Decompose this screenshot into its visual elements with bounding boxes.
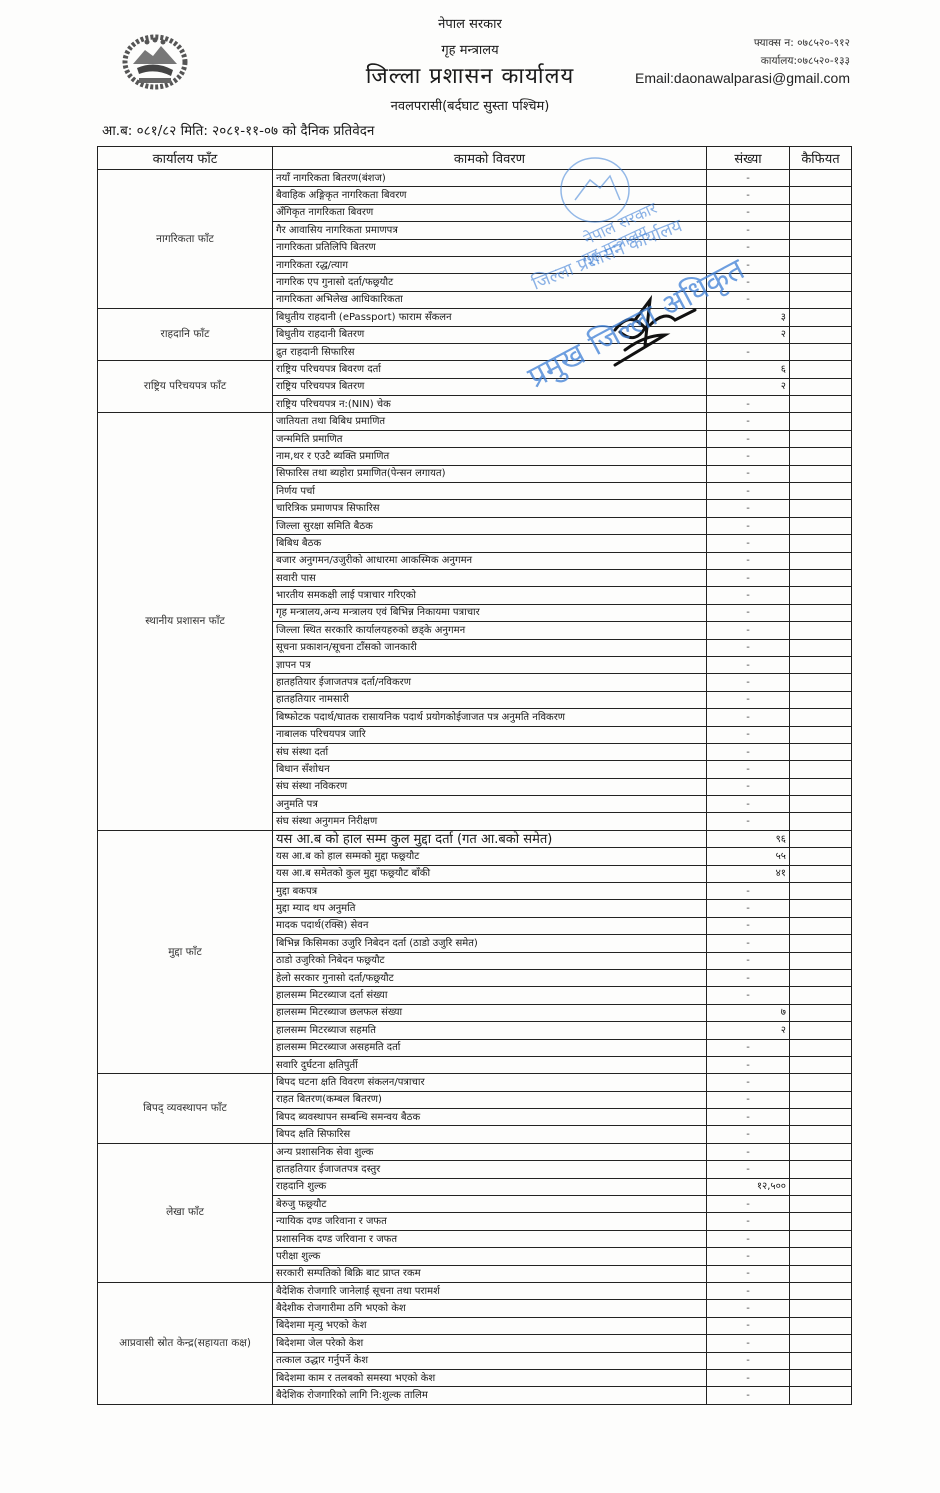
count-value: - (707, 291, 790, 308)
count-value: - (707, 1317, 790, 1334)
report-title: आ.ब: ०८१/८२ मिति: २०८१-११-०७ को दैनिक प्… (102, 121, 374, 139)
work-description: गृह मन्त्रालय,अन्य मन्त्रालय एवं बिभिन्न… (273, 604, 707, 621)
table-row: राहदानि फाँटबिधुतीय राहदानी (ePassport) … (98, 309, 852, 326)
count-value: - (707, 622, 790, 639)
remarks-cell (790, 1039, 852, 1056)
remarks-cell (790, 1178, 852, 1195)
table-row: स्थानीय प्रशासन फाँटजातियता तथा बिबिध प्… (98, 413, 852, 430)
count-value: - (707, 343, 790, 360)
count-value: - (707, 256, 790, 273)
work-description: ठाडो उजुरिको निबेदन फछ्र्यौट (273, 952, 707, 969)
remarks-cell (790, 969, 852, 986)
remarks-cell (790, 587, 852, 604)
work-description: जन्ममिति प्रमाणित (273, 430, 707, 447)
count-value: ६ (707, 361, 790, 378)
count-value: १२,५०० (707, 1178, 790, 1195)
remarks-cell (790, 656, 852, 673)
remarks-cell (790, 865, 852, 882)
work-description: बिदेशमा जेल परेको केश (273, 1335, 707, 1352)
work-description: जातियता तथा बिबिध प्रमाणित (273, 413, 707, 430)
count-value: - (707, 1161, 790, 1178)
count-value: - (707, 1213, 790, 1230)
work-description: राष्ट्रिय परिचयपत्र बितरण (273, 378, 707, 395)
work-description: निर्णय पर्चा (273, 483, 707, 500)
section-name: मुद्दा फाँट (98, 830, 273, 1073)
email-address: Email:daonawalparasi@gmail.com (635, 70, 850, 86)
remarks-cell (790, 396, 852, 413)
work-description: हालसम्म मिटरब्याज दर्ता संख्या (273, 987, 707, 1004)
remarks-cell (790, 1056, 852, 1073)
remarks-cell (790, 256, 852, 273)
work-description: नयाँ नागरिकता बितरण(बंशज) (273, 170, 707, 187)
remarks-cell (790, 1387, 852, 1404)
count-value: - (707, 917, 790, 934)
remarks-cell (790, 743, 852, 760)
government-name: नेपाल सरकार (300, 14, 640, 32)
work-description: द्रुत राहदानी सिफारिस (273, 343, 707, 360)
remarks-cell (790, 430, 852, 447)
remarks-cell (790, 917, 852, 934)
count-value: - (707, 1335, 790, 1352)
count-value: - (707, 465, 790, 482)
count-value: ३ (707, 309, 790, 326)
count-value: - (707, 1300, 790, 1317)
count-value: - (707, 952, 790, 969)
count-value: ९६ (707, 830, 790, 847)
work-description: बिपद घटना क्षति विवरण संकलन/पत्राचार (273, 1074, 707, 1091)
work-description: यस आ.ब को हाल सम्म कुल मुद्दा दर्ता (गत … (273, 830, 707, 847)
remarks-cell (790, 552, 852, 569)
count-value: - (707, 535, 790, 552)
table-row: आप्रवासी स्रोत केन्द्र(सहायता कक्ष)बैदेश… (98, 1283, 852, 1300)
work-description: हालसम्म मिटरब्याज छलफल संख्या (273, 1004, 707, 1021)
work-description: राहदानि शुल्क (273, 1178, 707, 1195)
count-value: - (707, 900, 790, 917)
fax-number: फ्याक्स न: ०७८५२०-९१२ (754, 36, 850, 50)
header-description: कामको विवरण (273, 147, 707, 170)
remarks-cell (790, 935, 852, 952)
remarks-cell (790, 813, 852, 830)
section-name: नागरिकता फाँट (98, 170, 273, 309)
count-value: - (707, 222, 790, 239)
work-description: भारतीय समकक्षी लाई पत्राचार गरिएको (273, 587, 707, 604)
count-value: - (707, 604, 790, 621)
work-description: बैदेशिक रोजगारिको लागि नि:शुल्क तालिम (273, 1387, 707, 1404)
work-description: यस आ.ब समेतको कुल मुद्दा फछ्र्यौट बाँकी (273, 865, 707, 882)
remarks-cell (790, 413, 852, 430)
remarks-cell (790, 1161, 852, 1178)
work-description: ज्ञापन पत्र (273, 656, 707, 673)
work-description: संघ संस्था अनुगमन निरीक्षण (273, 813, 707, 830)
work-description: राष्ट्रिय परिचयपत्र बिवरण दर्ता (273, 361, 707, 378)
count-value: - (707, 1352, 790, 1369)
count-value: - (707, 1265, 790, 1282)
remarks-cell (790, 1091, 852, 1108)
section-name: लेखा फाँट (98, 1143, 273, 1282)
count-value: २ (707, 378, 790, 395)
count-value: २ (707, 1022, 790, 1039)
work-description: बैदेशीक रोजगारीमा ठगि भएको केश (273, 1300, 707, 1317)
remarks-cell (790, 778, 852, 795)
remarks-cell (790, 952, 852, 969)
work-description: संघ संस्था नविकरण (273, 778, 707, 795)
count-value: ७ (707, 1004, 790, 1021)
work-description: गैर आवासिय नागरिकता प्रमाणपत्र (273, 222, 707, 239)
remarks-cell (790, 830, 852, 847)
work-description: जिल्ला स्थित सरकारि कार्यालयहरुको छड्के … (273, 622, 707, 639)
remarks-cell (790, 1143, 852, 1160)
work-description: राष्ट्रिय परिचयपत्र न:(NIN) चेक (273, 396, 707, 413)
count-value: - (707, 448, 790, 465)
remarks-cell (790, 796, 852, 813)
remarks-cell (790, 170, 852, 187)
work-description: बिपद क्षति सिफारिस (273, 1126, 707, 1143)
work-description: बिधुतीय राहदानी बितरण (273, 326, 707, 343)
work-description: बिभिन्न किसिमका उजुरि निबेदन दर्ता (ठाडो… (273, 935, 707, 952)
work-description: मुद्दा बकपत्र (273, 883, 707, 900)
remarks-cell (790, 1022, 852, 1039)
count-value: - (707, 517, 790, 534)
count-value: - (707, 204, 790, 221)
count-value: - (707, 274, 790, 291)
remarks-cell (790, 1109, 852, 1126)
work-description: नाम,थर र एउटै ब्यक्ति प्रमाणित (273, 448, 707, 465)
remarks-cell (790, 987, 852, 1004)
office-phone: कार्यालय:०७८५२०-१३३ (761, 54, 850, 68)
count-value: - (707, 691, 790, 708)
remarks-cell (790, 1369, 852, 1386)
remarks-cell (790, 1126, 852, 1143)
work-description: जिल्ला सुरक्षा समिति बैठक (273, 517, 707, 534)
remarks-cell (790, 900, 852, 917)
count-value: ४१ (707, 865, 790, 882)
count-value: - (707, 709, 790, 726)
table-row: नागरिकता फाँटनयाँ नागरिकता बितरण(बंशज)- (98, 170, 852, 187)
office-name: जिल्ला प्रशासन कार्यालय (300, 60, 640, 90)
work-description: हातहतियार ईजाजतपत्र दस्तुर (273, 1161, 707, 1178)
remarks-cell (790, 1300, 852, 1317)
count-value: - (707, 1248, 790, 1265)
count-value: - (707, 483, 790, 500)
remarks-cell (790, 1317, 852, 1334)
work-description: राहत बितरण(कम्बल बितरण) (273, 1091, 707, 1108)
count-value: - (707, 883, 790, 900)
count-value: - (707, 1039, 790, 1056)
section-name: आप्रवासी स्रोत केन्द्र(सहायता कक्ष) (98, 1283, 273, 1405)
ministry-name: गृह मन्त्रालय (300, 40, 640, 58)
remarks-cell (790, 535, 852, 552)
remarks-cell (790, 709, 852, 726)
remarks-cell (790, 674, 852, 691)
work-description: मुद्दा म्याद थप अनुमति (273, 900, 707, 917)
count-value: - (707, 430, 790, 447)
work-description: मादक पदार्थ(रक्सि) सेवन (273, 917, 707, 934)
remarks-cell (790, 222, 852, 239)
count-value: - (707, 552, 790, 569)
count-value: - (707, 587, 790, 604)
remarks-cell (790, 691, 852, 708)
count-value: - (707, 187, 790, 204)
work-description: बैदेशिक रोजगारि जानेलाई सूचना तथा परामर्… (273, 1283, 707, 1300)
nepal-emblem-icon (117, 34, 193, 90)
remarks-cell (790, 239, 852, 256)
remarks-cell (790, 274, 852, 291)
remarks-cell (790, 604, 852, 621)
remarks-cell (790, 1248, 852, 1265)
count-value: - (707, 1387, 790, 1404)
work-description: सूचना प्रकाशन/सूचना टाँसको जानकारी (273, 639, 707, 656)
work-description: हातहतियार ईजाजतपत्र दर्ता/नविकरण (273, 674, 707, 691)
remarks-cell (790, 761, 852, 778)
work-description: नागरिकता अभिलेख आधिकारिकता (273, 291, 707, 308)
count-value: - (707, 500, 790, 517)
remarks-cell (790, 1230, 852, 1247)
remarks-cell (790, 883, 852, 900)
count-value: - (707, 1369, 790, 1386)
work-description: बिपद ब्यवस्थापन सम्बन्धि समन्वय बैठक (273, 1109, 707, 1126)
count-value: - (707, 639, 790, 656)
count-value: - (707, 813, 790, 830)
count-value: - (707, 1074, 790, 1091)
work-description: बिदेशमा मृत्यु भएको केश (273, 1317, 707, 1334)
work-description: हेलो सरकार गुनासो दर्ता/फछ्र्यौट (273, 969, 707, 986)
count-value: - (707, 778, 790, 795)
header-remarks: कैफियत (790, 147, 852, 170)
count-value: - (707, 239, 790, 256)
work-description: हालसम्म मिटरब्याज असहमति दर्ता (273, 1039, 707, 1056)
count-value: - (707, 969, 790, 986)
daily-report-table: कार्यालय फाँट कामको विवरण संख्या कैफियत … (97, 146, 852, 1405)
remarks-cell (790, 204, 852, 221)
remarks-cell (790, 1004, 852, 1021)
remarks-cell (790, 500, 852, 517)
work-description: नागरिकता प्रतिलिपि बितरण (273, 239, 707, 256)
remarks-cell (790, 326, 852, 343)
remarks-cell (790, 465, 852, 482)
work-description: नाबालक परिचयपत्र जारि (273, 726, 707, 743)
count-value: - (707, 1196, 790, 1213)
remarks-cell (790, 309, 852, 326)
remarks-cell (790, 1265, 852, 1282)
count-value: २ (707, 326, 790, 343)
remarks-cell (790, 361, 852, 378)
work-description: बैवाहिक अङ्गिकृत नागरिकता बिवरण (273, 187, 707, 204)
work-description: बिबिध बैठक (273, 535, 707, 552)
work-description: संघ संस्था दर्ता (273, 743, 707, 760)
header-section: कार्यालय फाँट (98, 147, 273, 170)
count-value: - (707, 1109, 790, 1126)
header-count: संख्या (707, 147, 790, 170)
remarks-cell (790, 187, 852, 204)
count-value: - (707, 1056, 790, 1073)
table-row: मुद्दा फाँटयस आ.ब को हाल सम्म कुल मुद्दा… (98, 830, 852, 847)
work-description: बिदेशमा काम र तलबको समस्या भएको केश (273, 1369, 707, 1386)
count-value: - (707, 1143, 790, 1160)
table-row: लेखा फाँटअन्य प्रशासनिक सेवा शुल्क- (98, 1143, 852, 1160)
count-value: - (707, 1230, 790, 1247)
remarks-cell (790, 517, 852, 534)
remarks-cell (790, 1335, 852, 1352)
count-value: - (707, 674, 790, 691)
count-value: - (707, 1283, 790, 1300)
report-page: नेपाल सरकार गृह मन्त्रालय जिल्ला प्रशासन… (0, 0, 940, 1493)
remarks-cell (790, 639, 852, 656)
work-description: सिफारिस तथा ब्यहोरा प्रमाणित(पेन्सन लगाय… (273, 465, 707, 482)
work-description: प्रशासनिक दण्ड जरिवाना र जफत (273, 1230, 707, 1247)
count-value: - (707, 1091, 790, 1108)
count-value: - (707, 935, 790, 952)
work-description: बिष्फोटक पदार्थ/घातक रासायनिक पदार्थ प्र… (273, 709, 707, 726)
work-description: बजार अनुगमन/उजुरीको आधारमा आकस्मिक अनुगम… (273, 552, 707, 569)
work-description: अनुमति पत्र (273, 796, 707, 813)
remarks-cell (790, 622, 852, 639)
table-header-row: कार्यालय फाँट कामको विवरण संख्या कैफियत (98, 147, 852, 170)
work-description: सरकारी सम्पतिको बिक्रि बाट प्राप्त रकम (273, 1265, 707, 1282)
office-location: नवलपरासी(बर्दघाट सुस्ता पश्चिम) (300, 96, 640, 114)
remarks-cell (790, 1196, 852, 1213)
work-description: नागरिकता रद्ध/त्याग (273, 256, 707, 273)
count-value: - (707, 656, 790, 673)
remarks-cell (790, 291, 852, 308)
work-description: बिधुतीय राहदानी (ePassport) फाराम सँकलन (273, 309, 707, 326)
work-description: चारित्रिक प्रमाणपत्र सिफारिस (273, 500, 707, 517)
section-name: राहदानि फाँट (98, 309, 273, 361)
count-value: ५५ (707, 848, 790, 865)
count-value: - (707, 987, 790, 1004)
work-description: परीक्षा शुल्क (273, 1248, 707, 1265)
table-row: बिपद् व्यवस्थापन फाँटबिपद घटना क्षति विव… (98, 1074, 852, 1091)
remarks-cell (790, 848, 852, 865)
remarks-cell (790, 378, 852, 395)
work-description: नागरिक एप गुनासो दर्ता/फछ्र्यौट (273, 274, 707, 291)
work-description: बिधान सँशोधन (273, 761, 707, 778)
count-value: - (707, 396, 790, 413)
work-description: हातहतियार नामसारी (273, 691, 707, 708)
remarks-cell (790, 1283, 852, 1300)
work-description: बेरुजु फछ्र्यौट (273, 1196, 707, 1213)
count-value: - (707, 761, 790, 778)
work-description: अन्य प्रशासनिक सेवा शुल्क (273, 1143, 707, 1160)
count-value: - (707, 413, 790, 430)
remarks-cell (790, 343, 852, 360)
count-value: - (707, 796, 790, 813)
count-value: - (707, 569, 790, 586)
count-value: - (707, 1126, 790, 1143)
table-row: राष्ट्रिय परिचयपत्र फाँटराष्ट्रिय परिचयप… (98, 361, 852, 378)
work-description: अँगिकृत नागरिकता बिवरण (273, 204, 707, 221)
work-description: सवारि दुर्घटना क्षतिपुर्ती (273, 1056, 707, 1073)
count-value: - (707, 726, 790, 743)
remarks-cell (790, 1352, 852, 1369)
work-description: सवारी पास (273, 569, 707, 586)
section-name: स्थानीय प्रशासन फाँट (98, 413, 273, 830)
remarks-cell (790, 448, 852, 465)
section-name: बिपद् व्यवस्थापन फाँट (98, 1074, 273, 1144)
remarks-cell (790, 483, 852, 500)
remarks-cell (790, 569, 852, 586)
section-name: राष्ट्रिय परिचयपत्र फाँट (98, 361, 273, 413)
remarks-cell (790, 1213, 852, 1230)
work-description: हालसम्म मिटरब्याज सहमति (273, 1022, 707, 1039)
work-description: यस आ.ब को हाल सम्मको मुद्दा फछ्र्यौट (273, 848, 707, 865)
work-description: तत्काल उद्धार गर्नुपर्ने केश (273, 1352, 707, 1369)
count-value: - (707, 170, 790, 187)
remarks-cell (790, 1074, 852, 1091)
count-value: - (707, 743, 790, 760)
work-description: न्यायिक दण्ड जरिवाना र जफत (273, 1213, 707, 1230)
remarks-cell (790, 726, 852, 743)
